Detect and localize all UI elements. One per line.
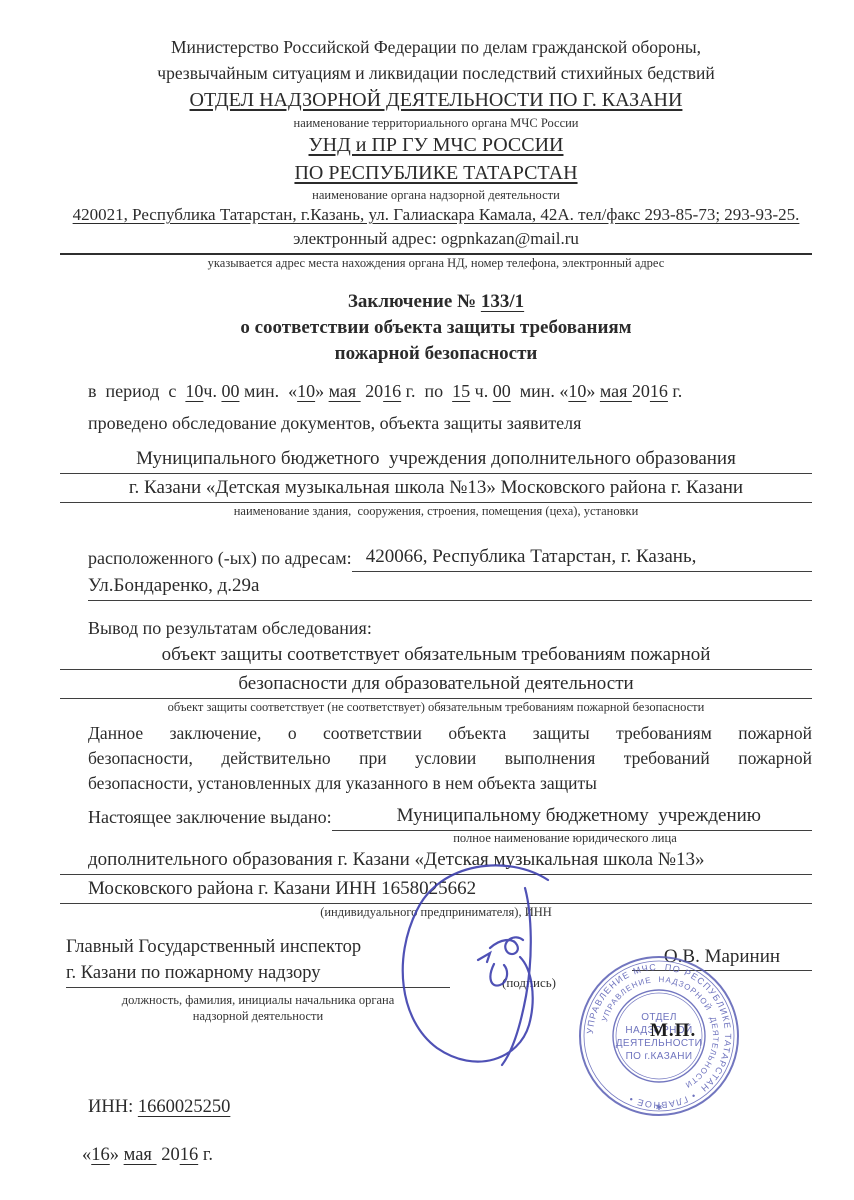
date-line: «16» мая 2016 г.: [82, 1142, 812, 1168]
location-value-line1: 420066, Республика Татарстан, г. Казань,: [352, 543, 812, 572]
document-title: Заключение № 133/1 о соответствии объект…: [60, 289, 812, 367]
text-segment: 10: [297, 381, 315, 401]
text-segment: 20: [157, 1145, 180, 1165]
ministry-line1: Министерство Российской Федерации по дел…: [60, 34, 812, 60]
survey-line: проведено обследование документов, объек…: [88, 411, 812, 435]
org-line1: УНД и ПР ГУ МЧС РОССИИ: [60, 131, 812, 159]
text-segment: ИНН:: [88, 1097, 138, 1117]
issued-caption1: полное наименование юридического лица: [350, 831, 780, 846]
text-segment: 1660025250: [138, 1097, 231, 1117]
text-segment: »: [315, 381, 329, 401]
object-caption: наименование здания, сооружения, строени…: [60, 503, 812, 519]
issued-row: Настоящее заключение выдано: Муниципальн…: [60, 802, 812, 831]
object-name-line1: Муниципального бюджетного учреждения доп…: [60, 445, 812, 474]
location-row: расположенного (-ых) по адресам: 420066,…: [60, 543, 812, 572]
org-caption: наименование органа надзорной деятельнос…: [60, 187, 812, 203]
org-email: электронный адрес: ogpnkazan@mail.ru: [60, 227, 812, 251]
text-segment: ч.: [203, 381, 221, 401]
text-segment: в период с: [88, 381, 185, 401]
validity-line3: безопасности, установленных для указанно…: [88, 771, 812, 796]
signature-squiggle: [478, 937, 523, 985]
object-name-line2: г. Казани «Детская музыкальная школа №13…: [60, 474, 812, 503]
text-segment: 10: [568, 381, 586, 401]
text-segment: 10: [185, 381, 203, 401]
text-segment: 20: [361, 381, 384, 401]
text-segment: »: [586, 381, 600, 401]
location-value-line2: Ул.Бондаренко, д.29а: [88, 572, 812, 601]
conclusion-line2: безопасности для образовательной деятель…: [60, 670, 812, 699]
inspector-position-line1: Главный Государственный инспектор: [66, 934, 361, 960]
org-line2: ПО РЕСПУБЛИКЕ ТАТАРСТАН: [60, 159, 812, 187]
text-segment: 00: [493, 381, 511, 401]
text-segment: мая: [329, 381, 361, 401]
validity-paragraph: Данное заключение, о соответствии объект…: [88, 721, 812, 796]
org-address: 420021, Республика Татарстан, г.Казань, …: [60, 203, 812, 227]
text-segment: 16: [650, 381, 668, 401]
department-title: ОТДЕЛ НАДЗОРНОЙ ДЕЯТЕЛЬНОСТИ ПО Г. КАЗАН…: [60, 86, 812, 115]
text-segment: 00: [221, 381, 239, 401]
address-caption: указывается адрес места нахождения орган…: [60, 255, 812, 271]
text-segment: 15: [452, 381, 470, 401]
title-line3: пожарной безопасности: [60, 341, 812, 367]
conclusion-caption: объект защиты соответствует (не соответс…: [60, 699, 812, 715]
conclusion-line1: объект защиты соответствует обязательным…: [60, 641, 812, 670]
inspection-period-line: в период с 10ч. 00 мин. «10» мая 2016 г.…: [88, 379, 812, 403]
text-segment: 133/1: [481, 291, 524, 312]
text-segment: мин. «: [239, 381, 297, 401]
text-segment: ч.: [470, 381, 493, 401]
ministry-line2: чрезвычайным ситуациям и ликвидации посл…: [60, 60, 812, 86]
text-segment: 16: [383, 381, 401, 401]
issued-label: Настоящее заключение выдано:: [88, 803, 332, 831]
issued-value-line1: Муниципальному бюджетному учреждению: [332, 802, 812, 831]
validity-line2: безопасности, действительно при условии …: [88, 746, 812, 771]
text-segment: «: [82, 1145, 91, 1165]
text-segment: г. по: [401, 381, 452, 401]
conclusion-label: Вывод по результатам обследования:: [88, 615, 812, 641]
text-segment: »: [110, 1145, 124, 1165]
text-segment: г.: [198, 1145, 213, 1165]
text-segment: мая: [600, 381, 632, 401]
stamp-center-line4: ПО г.КАЗАНИ: [626, 1051, 693, 1062]
document-page: Министерство Российской Федерации по дел…: [0, 0, 854, 1200]
stamp-star-icon: ✱: [656, 1103, 663, 1112]
location-label: расположенного (-ых) по адресам:: [88, 544, 352, 572]
validity-line1: Данное заключение, о соответствии объект…: [88, 721, 812, 746]
text-segment: мая: [124, 1145, 157, 1165]
text-segment: 16: [91, 1145, 110, 1165]
handwritten-signature: [390, 862, 575, 1072]
title-line2: о соответствии объекта защиты требования…: [60, 315, 812, 341]
text-segment: 20: [632, 381, 650, 401]
text-segment: Заключение №: [348, 291, 481, 312]
text-segment: 16: [180, 1145, 199, 1165]
text-segment: мин. «: [511, 381, 569, 401]
department-caption: наименование территориального органа МЧС…: [60, 115, 812, 131]
stamp-place-label: М.П.: [650, 1018, 696, 1044]
title-number-line: Заключение № 133/1: [60, 289, 812, 315]
text-segment: г.: [668, 381, 682, 401]
